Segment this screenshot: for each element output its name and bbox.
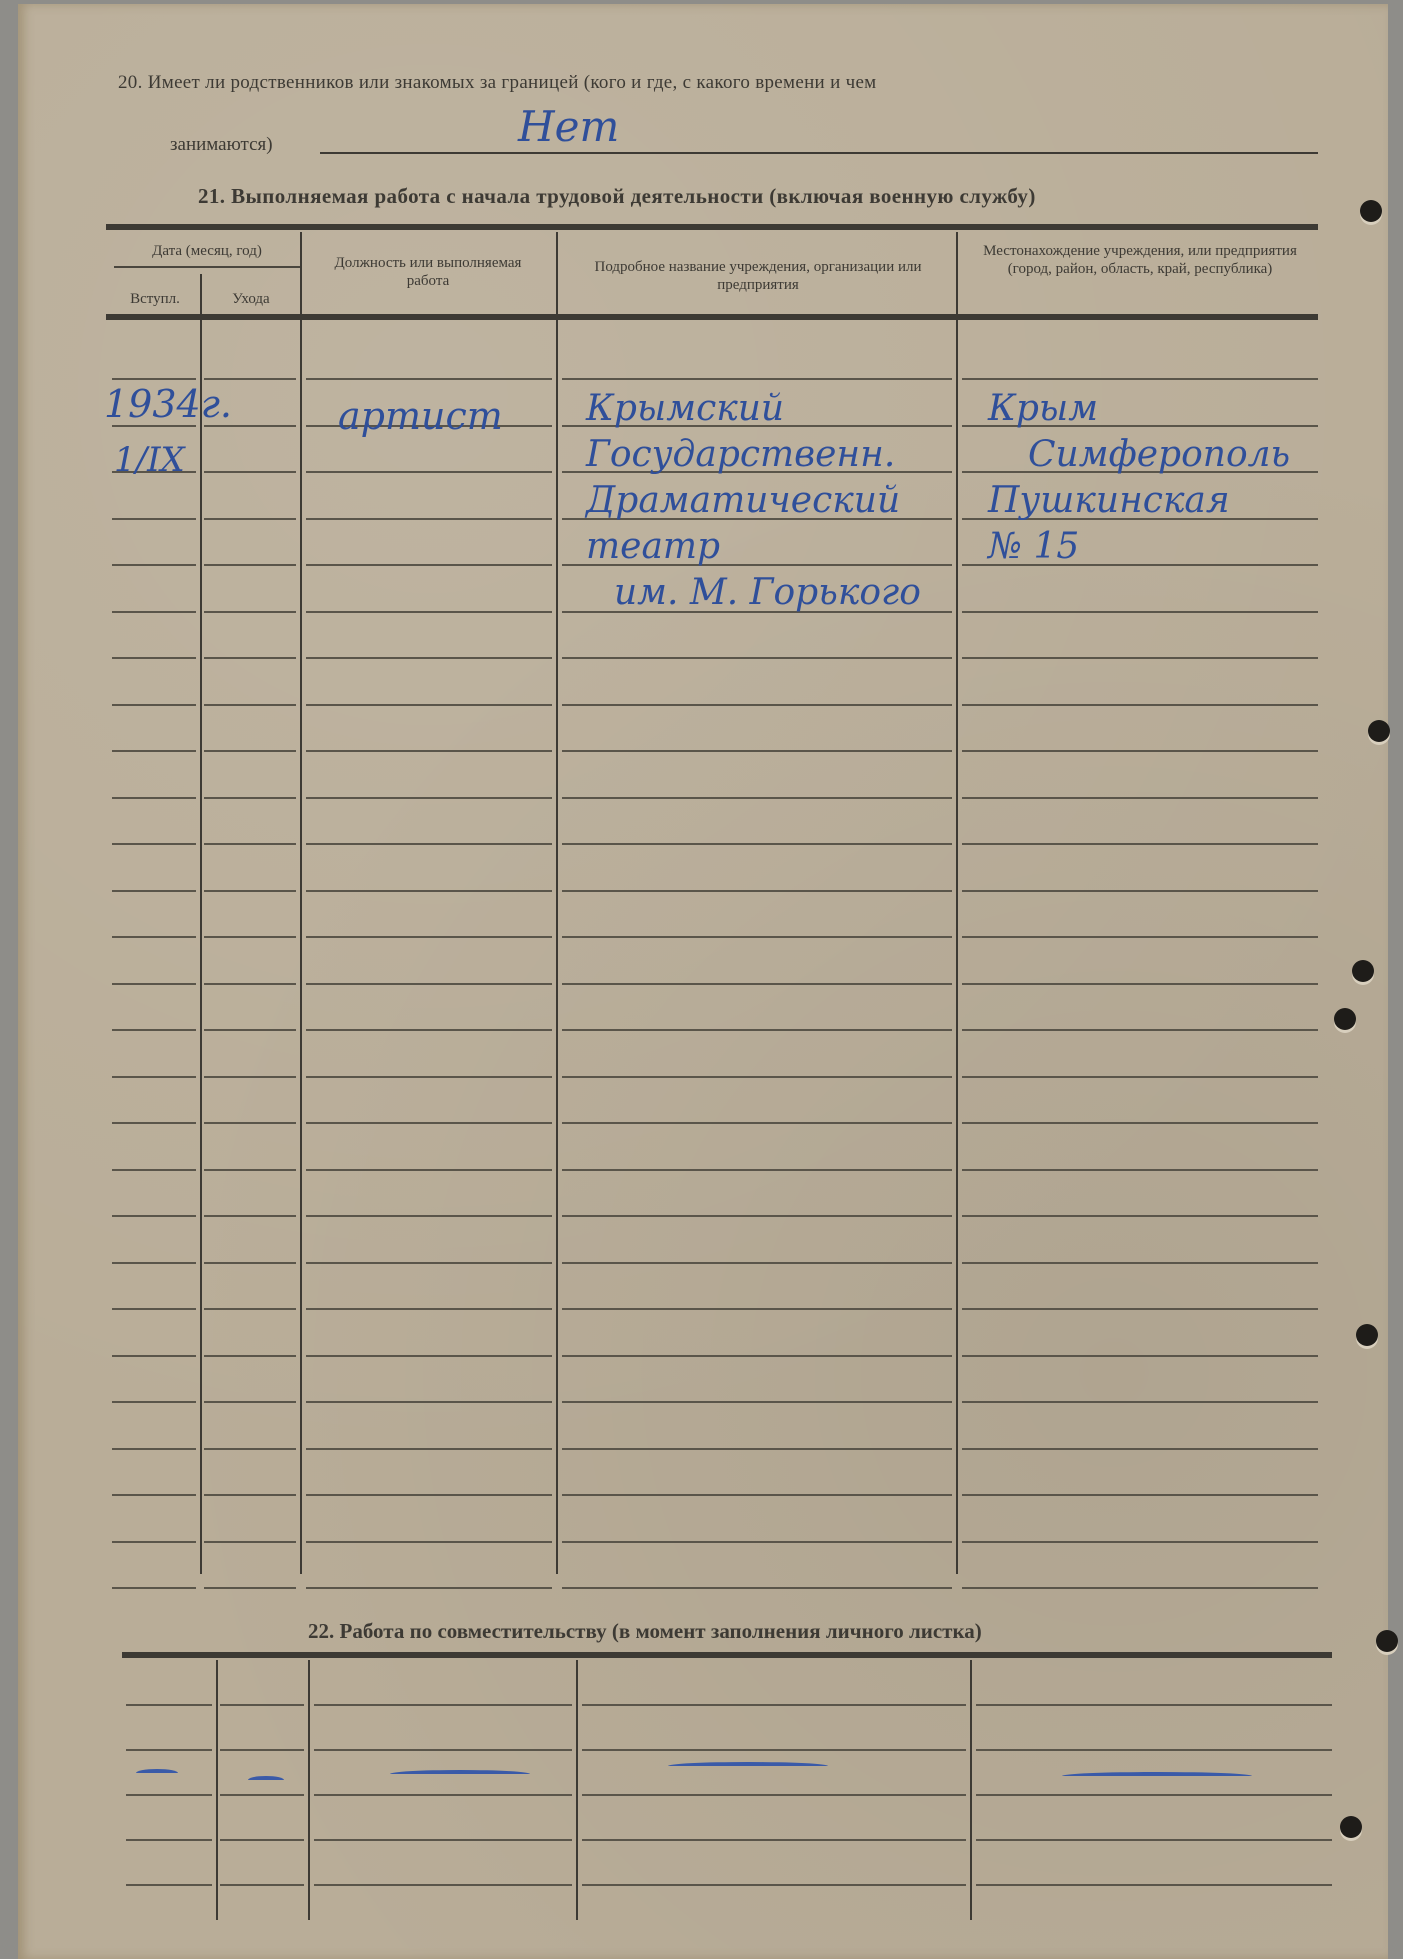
row-rule	[314, 1704, 572, 1706]
row-rule	[306, 843, 552, 845]
row-rule	[204, 1355, 296, 1357]
row-rule	[962, 983, 1318, 985]
row-rule	[306, 1448, 552, 1450]
column-divider	[970, 1660, 972, 1920]
entry-location: Крым Симферополь Пушкинская № 15	[988, 386, 1290, 570]
row-rule	[126, 1794, 212, 1796]
header-position: Должность или выполняемая работа	[328, 254, 528, 290]
header-location: Местонахождение учреждения, или предприя…	[970, 242, 1310, 278]
row-rule	[306, 1169, 552, 1171]
empty-mark-date-start	[136, 1769, 178, 1777]
row-rule	[112, 1308, 196, 1310]
row-rule	[204, 983, 296, 985]
row-rule	[962, 843, 1318, 845]
row-rule	[204, 797, 296, 799]
punch-hole	[1352, 960, 1374, 982]
punch-hole	[1368, 720, 1390, 742]
empty-mark-date-end	[248, 1776, 284, 1784]
empty-mark-location	[1062, 1772, 1252, 1780]
row-rule	[204, 890, 296, 892]
row-rule	[204, 1401, 296, 1403]
row-rule	[962, 1448, 1318, 1450]
row-rule	[562, 797, 952, 799]
row-rule	[562, 890, 952, 892]
row-rule	[962, 1401, 1318, 1403]
table-22-top-rule	[122, 1652, 1332, 1658]
row-rule	[204, 1029, 296, 1031]
row-rule	[112, 611, 196, 613]
row-rule	[562, 1122, 952, 1124]
table-top-rule	[106, 224, 1318, 230]
row-rule	[126, 1884, 212, 1886]
column-divider	[308, 1660, 310, 1920]
row-rule	[976, 1704, 1332, 1706]
row-rule	[314, 1839, 572, 1841]
row-rule	[562, 1169, 952, 1171]
row-rule	[962, 1122, 1318, 1124]
question-21-title: 21. Выполняемая работа с начала трудовой…	[198, 184, 1036, 209]
row-rule	[562, 704, 952, 706]
column-divider	[576, 1660, 578, 1920]
row-rule	[204, 611, 296, 613]
row-rule	[962, 378, 1318, 380]
entry-position: артист	[338, 394, 503, 438]
row-rule	[976, 1794, 1332, 1796]
row-rule	[204, 750, 296, 752]
empty-mark-organization	[668, 1762, 828, 1770]
row-rule	[112, 518, 196, 520]
row-rule	[306, 1029, 552, 1031]
row-rule	[962, 1169, 1318, 1171]
row-rule	[962, 1494, 1318, 1496]
row-rule	[204, 564, 296, 566]
punch-hole	[1340, 1816, 1362, 1838]
row-rule	[204, 657, 296, 659]
row-rule	[962, 1587, 1318, 1589]
row-rule	[112, 378, 196, 380]
row-rule	[962, 1262, 1318, 1264]
row-rule	[962, 797, 1318, 799]
row-rule	[112, 1494, 196, 1496]
row-rule	[306, 1122, 552, 1124]
question-20-text: 20. Имеет ли родственников или знакомых …	[118, 72, 877, 94]
column-divider	[556, 232, 558, 1574]
row-rule	[204, 1448, 296, 1450]
row-rule	[962, 704, 1318, 706]
row-rule	[306, 936, 552, 938]
row-rule	[962, 1029, 1318, 1031]
header-organization: Подробное название учреждения, организац…	[578, 258, 938, 294]
row-rule	[562, 657, 952, 659]
row-rule	[204, 936, 296, 938]
row-rule	[204, 1215, 296, 1217]
row-rule	[306, 564, 552, 566]
row-rule	[306, 1355, 552, 1357]
row-rule	[562, 983, 952, 985]
row-rule	[112, 936, 196, 938]
row-rule	[112, 1587, 196, 1589]
row-rule	[306, 518, 552, 520]
row-rule	[562, 1494, 952, 1496]
row-rule	[962, 1355, 1318, 1357]
row-rule	[204, 1494, 296, 1496]
row-rule	[306, 797, 552, 799]
row-rule	[582, 1749, 966, 1751]
row-rule	[562, 1587, 952, 1589]
header-sub-rule	[114, 266, 300, 268]
row-rule	[582, 1704, 966, 1706]
row-rule	[112, 1541, 196, 1543]
row-rule	[306, 983, 552, 985]
question-20-text-cont: занимаются)	[170, 134, 273, 156]
row-rule	[306, 657, 552, 659]
row-rule	[204, 471, 296, 473]
row-rule	[562, 1308, 952, 1310]
entry-date-start-day: 1/IX	[114, 440, 185, 480]
row-rule	[112, 1401, 196, 1403]
row-rule	[306, 704, 552, 706]
row-rule	[112, 1169, 196, 1171]
row-rule	[204, 378, 296, 380]
row-rule	[314, 1884, 572, 1886]
row-rule	[204, 1122, 296, 1124]
row-rule	[204, 1076, 296, 1078]
row-rule	[962, 750, 1318, 752]
punch-hole	[1334, 1008, 1356, 1030]
row-rule	[962, 1308, 1318, 1310]
row-rule	[562, 1215, 952, 1217]
row-rule	[582, 1884, 966, 1886]
row-rule	[204, 843, 296, 845]
row-rule	[126, 1704, 212, 1706]
row-rule	[306, 1308, 552, 1310]
row-rule	[220, 1704, 304, 1706]
row-rule	[962, 1076, 1318, 1078]
row-rule	[962, 1215, 1318, 1217]
row-rule	[962, 890, 1318, 892]
row-rule	[562, 1401, 952, 1403]
row-rule	[962, 657, 1318, 659]
punch-hole	[1360, 200, 1382, 222]
row-rule	[976, 1884, 1332, 1886]
row-rule	[562, 843, 952, 845]
row-rule	[562, 1076, 952, 1078]
row-rule	[306, 1076, 552, 1078]
row-rule	[112, 1355, 196, 1357]
header-date-start: Вступл.	[110, 290, 200, 308]
question-20-answer: Нет	[518, 102, 619, 151]
punch-hole	[1356, 1324, 1378, 1346]
column-divider	[216, 1660, 218, 1920]
row-rule	[220, 1749, 304, 1751]
row-rule	[306, 1215, 552, 1217]
row-rule	[562, 750, 952, 752]
header-bottom-rule	[106, 314, 1318, 320]
row-rule	[204, 1262, 296, 1264]
row-rule	[204, 704, 296, 706]
row-rule	[562, 1262, 952, 1264]
row-rule	[112, 983, 196, 985]
row-rule	[112, 843, 196, 845]
row-rule	[112, 890, 196, 892]
row-rule	[976, 1749, 1332, 1751]
row-rule	[112, 1076, 196, 1078]
column-divider	[300, 232, 302, 1574]
entry-date-start-year: 1934г.	[104, 382, 232, 426]
answer-line	[320, 152, 1318, 154]
row-rule	[306, 890, 552, 892]
row-rule	[112, 564, 196, 566]
punch-hole	[1376, 1630, 1398, 1652]
row-rule	[562, 1541, 952, 1543]
row-rule	[204, 518, 296, 520]
header-date-group: Дата (месяц, год)	[114, 242, 300, 260]
row-rule	[306, 1401, 552, 1403]
row-rule	[112, 1262, 196, 1264]
row-rule	[306, 750, 552, 752]
column-divider	[200, 274, 202, 1574]
row-rule	[112, 657, 196, 659]
row-rule	[582, 1839, 966, 1841]
row-rule	[204, 1308, 296, 1310]
row-rule	[126, 1839, 212, 1841]
row-rule	[306, 1587, 552, 1589]
row-rule	[562, 936, 952, 938]
row-rule	[112, 1029, 196, 1031]
row-rule	[112, 1122, 196, 1124]
row-rule	[562, 378, 952, 380]
row-rule	[582, 1794, 966, 1796]
question-22-title: 22. Работа по совместительству (в момент…	[308, 1619, 982, 1644]
entry-organization: Крымский Государственн. Драматический те…	[586, 386, 921, 616]
row-rule	[306, 1541, 552, 1543]
row-rule	[306, 1262, 552, 1264]
row-rule	[314, 1749, 572, 1751]
row-rule	[306, 1494, 552, 1496]
row-rule	[220, 1794, 304, 1796]
row-rule	[112, 1448, 196, 1450]
row-rule	[976, 1839, 1332, 1841]
header-date-end: Ухода	[202, 290, 300, 308]
row-rule	[112, 797, 196, 799]
row-rule	[962, 1541, 1318, 1543]
row-rule	[562, 1029, 952, 1031]
row-rule	[204, 1169, 296, 1171]
row-rule	[204, 1587, 296, 1589]
document-sheet: 20. Имеет ли родственников или знакомых …	[18, 4, 1388, 1959]
row-rule	[112, 750, 196, 752]
row-rule	[112, 704, 196, 706]
row-rule	[112, 1215, 196, 1217]
row-rule	[306, 378, 552, 380]
row-rule	[126, 1749, 212, 1751]
row-rule	[562, 1355, 952, 1357]
row-rule	[314, 1794, 572, 1796]
row-rule	[306, 611, 552, 613]
row-rule	[220, 1839, 304, 1841]
row-rule	[962, 936, 1318, 938]
empty-mark-position	[390, 1770, 530, 1778]
row-rule	[562, 1448, 952, 1450]
row-rule	[962, 611, 1318, 613]
row-rule	[220, 1884, 304, 1886]
column-divider	[956, 232, 958, 1574]
row-rule	[204, 1541, 296, 1543]
row-rule	[306, 471, 552, 473]
